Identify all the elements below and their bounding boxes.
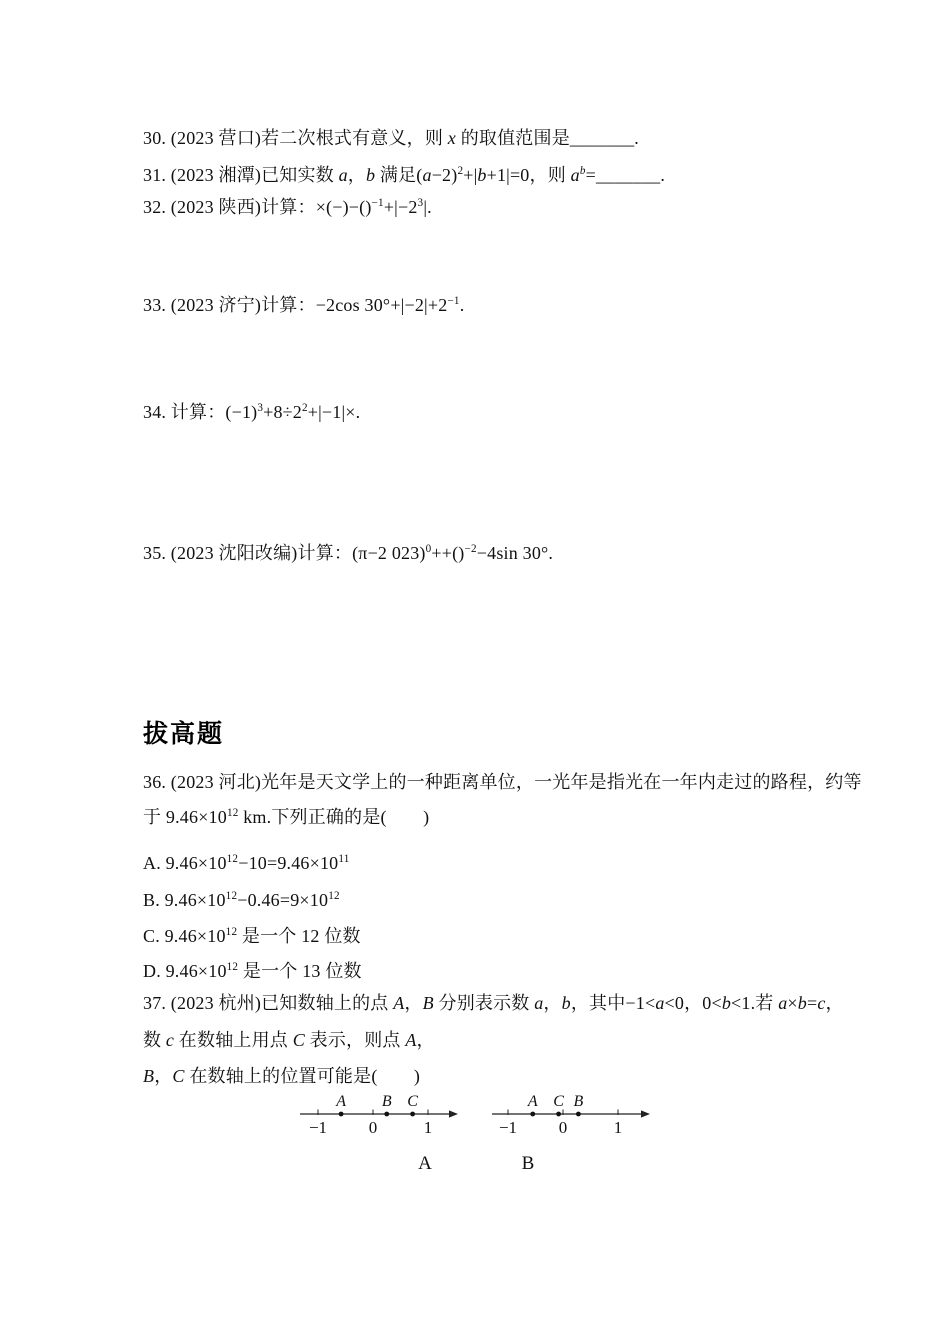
text-run: 在数轴上的位置可能是( )	[185, 1066, 421, 1086]
point-label: C	[553, 1093, 564, 1110]
text-run: 数	[143, 1030, 166, 1050]
text-run: 于 9.46×10	[143, 807, 227, 827]
diagram-b-caption: B	[508, 1153, 548, 1175]
text-run: 31. (2023 湘潭)已知实数	[143, 165, 339, 185]
superscript-text: 12	[328, 890, 340, 902]
problem-35-text: 35. (2023 沈阳改编)计算：(π−2 023)0++()−2−4sin …	[143, 541, 833, 566]
text-run: 34. 计算：(−1)	[143, 402, 257, 422]
text-run: 满足(	[375, 165, 422, 185]
axis-arrowhead	[449, 1110, 458, 1117]
number-line-diagram-b: −101ACB	[486, 1084, 658, 1146]
problem-34-text: 34. 计算：(−1)3+8÷22+|−1|×.	[143, 400, 833, 425]
text-run: c	[166, 1030, 174, 1050]
text-run: 分别表示数	[434, 993, 534, 1013]
text-run: ，	[404, 993, 422, 1013]
text-run: C	[293, 1030, 305, 1050]
text-run: km.下列正确的是( )	[239, 807, 430, 827]
text-run: ++()	[431, 543, 464, 563]
text-run: ，	[348, 165, 366, 185]
superscript-text: 12	[226, 890, 238, 902]
number-line-diagram-a: −101ABC	[294, 1084, 466, 1146]
text-run: 35. (2023 沈阳改编)计算：(π−2 023)	[143, 543, 426, 563]
problem-36-text-line2: 于 9.46×1012 km.下列正确的是( )	[143, 805, 833, 830]
superscript-text: 12	[226, 926, 238, 938]
text-run: B	[143, 1066, 154, 1086]
problem-37-text-line2: 数 c 在数轴上用点 C 表示，则点 A，	[143, 1028, 833, 1053]
text-run: b	[798, 993, 807, 1013]
problem-36-option-d: D. 9.46×1012 是一个 13 位数	[143, 959, 833, 984]
section-header: 拔高题	[143, 714, 224, 750]
text-run: +8÷2	[263, 402, 302, 422]
text-run: −10=9.46×10	[238, 853, 338, 873]
text-run: +|	[463, 165, 477, 185]
problem-36-option-b: B. 9.46×1012−0.46=9×1012	[143, 888, 833, 913]
text-run: +|−1|×.	[308, 402, 361, 422]
superscript-text: 12	[227, 961, 239, 973]
text-run: C	[172, 1066, 184, 1086]
text-run: −4sin 30°.	[477, 543, 553, 563]
tick-label: 0	[559, 1118, 568, 1137]
point-dot	[556, 1112, 561, 1117]
text-run: 是一个 13 位数	[238, 961, 362, 981]
text-run: b	[366, 165, 375, 185]
point-label: B	[574, 1093, 584, 1110]
text-run: −0.46=9×10	[237, 890, 328, 910]
text-run: −2)	[432, 165, 458, 185]
text-run: .	[460, 295, 465, 315]
text-run: A	[405, 1030, 416, 1050]
text-run: b	[722, 993, 731, 1013]
text-run: 的取值范围是_______.	[456, 128, 639, 148]
text-run: x	[448, 128, 456, 148]
tick-label: −1	[309, 1118, 327, 1137]
diagram-a-caption: A	[405, 1153, 445, 1175]
text-run: ，其中−1<	[571, 993, 656, 1013]
text-run: <0，0<	[665, 993, 722, 1013]
point-dot	[339, 1112, 344, 1117]
problem-36-option-c: C. 9.46×1012 是一个 12 位数	[143, 924, 833, 949]
text-run: B	[423, 993, 434, 1013]
text-run: B. 9.46×10	[143, 890, 226, 910]
text-run: a	[339, 165, 348, 185]
point-label: C	[407, 1093, 418, 1110]
text-run: +1|=0，则	[487, 165, 571, 185]
superscript-text: 12	[227, 807, 239, 819]
text-run: =	[807, 993, 817, 1013]
text-run: A. 9.46×10	[143, 853, 227, 873]
text-run: b	[562, 993, 571, 1013]
superscript-text: −1	[372, 197, 384, 209]
superscript-text: −1	[447, 295, 459, 307]
text-run: 表示，则点	[305, 1030, 405, 1050]
text-run: <1.若	[731, 993, 778, 1013]
text-run: a	[423, 165, 432, 185]
problem-36-text-line1: 36. (2023 河北)光年是天文学上的一种距离单位，一光年是指光在一年内走过…	[143, 770, 833, 795]
text-run: |.	[423, 197, 432, 217]
point-dot	[384, 1112, 389, 1117]
text-run: 是一个 12 位数	[237, 926, 361, 946]
text-run: =_______.	[586, 165, 665, 185]
problem-32-text: 32. (2023 陕西)计算：×(−)−()−1+|−23|.	[143, 195, 833, 220]
point-label: A	[527, 1093, 538, 1110]
superscript-text: 11	[338, 853, 349, 865]
text-run: ×	[787, 993, 797, 1013]
superscript-text: −2	[465, 543, 477, 555]
problem-33-text: 33. (2023 济宁)计算：−2cos 30°+|−2|+2−1.	[143, 293, 833, 318]
axis-arrowhead	[641, 1110, 650, 1117]
problem-30-text: 30. (2023 营口)若二次根式有意义，则 x 的取值范围是_______.	[143, 126, 833, 151]
text-run: 32. (2023 陕西)计算：×(−)−()	[143, 197, 372, 217]
superscript-text: 12	[227, 853, 239, 865]
text-run: ，	[154, 1066, 172, 1086]
point-dot	[576, 1112, 581, 1117]
text-run: 36. (2023 河北)光年是天文学上的一种距离单位，一光年是指光在一年内走过…	[143, 772, 862, 792]
text-run: 30. (2023 营口)若二次根式有意义，则	[143, 128, 448, 148]
text-run: D. 9.46×10	[143, 961, 227, 981]
text-run: ，	[826, 993, 844, 1013]
problem-36-option-a: A. 9.46×1012−10=9.46×1011	[143, 851, 833, 876]
point-dot	[410, 1112, 415, 1117]
tick-label: 1	[424, 1118, 433, 1137]
point-dot	[530, 1112, 535, 1117]
worksheet-page: 30. (2023 营口)若二次根式有意义，则 x 的取值范围是_______.…	[0, 0, 950, 1344]
text-run: C. 9.46×10	[143, 926, 226, 946]
text-run: c	[817, 993, 825, 1013]
point-label: B	[382, 1093, 392, 1110]
text-run: b	[477, 165, 486, 185]
text-run: 在数轴上用点	[174, 1030, 293, 1050]
text-run: a	[655, 993, 664, 1013]
point-label: A	[335, 1093, 346, 1110]
text-run: ，	[417, 1030, 435, 1050]
problem-31-text: 31. (2023 湘潭)已知实数 a，b 满足(a−2)2+|b+1|=0，则…	[143, 163, 833, 188]
text-run: 37. (2023 杭州)已知数轴上的点	[143, 993, 393, 1013]
text-run: a	[571, 165, 580, 185]
tick-label: −1	[499, 1118, 517, 1137]
text-run: ，	[543, 993, 561, 1013]
text-run: +|−2	[384, 197, 418, 217]
tick-label: 0	[369, 1118, 378, 1137]
text-run: A	[393, 993, 404, 1013]
tick-label: 1	[614, 1118, 623, 1137]
problem-37-text-line1: 37. (2023 杭州)已知数轴上的点 A，B 分别表示数 a，b，其中−1<…	[143, 991, 833, 1016]
text-run: 33. (2023 济宁)计算：−2cos 30°+|−2|+2	[143, 295, 447, 315]
